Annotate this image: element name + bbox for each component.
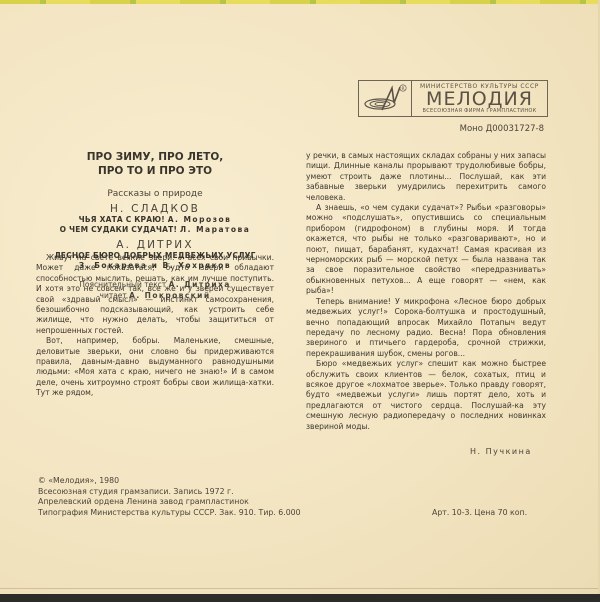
- liner-paragraph: А знаешь, «о чем судаки судачат»? Рыбьи …: [306, 203, 546, 297]
- sleeve-top-edge: [0, 0, 598, 4]
- author-ditrikh: А. ДИТРИХ: [36, 239, 274, 251]
- liner-paragraph: Теперь внимание! У микрофона «Лесное бюр…: [306, 297, 546, 359]
- album-title-line-1: ПРО ЗИМУ, ПРО ЛЕТО,: [36, 150, 274, 164]
- price-line: Арт. 10-3. Цена 70 коп.: [432, 508, 527, 517]
- imprint-block: © «Мелодия», 1980 Всесоюзная студия грам…: [38, 476, 301, 518]
- story-title: ЧЬЯ ХАТА С КРАЮ!: [79, 215, 165, 224]
- story-reader: Л. Маратова: [180, 225, 250, 234]
- story-title: О ЧЕМ СУДАКИ СУДАЧАТ!: [60, 225, 177, 234]
- scan-background: [0, 594, 600, 602]
- factory-line: Апрелевский ордена Ленина завод грамплас…: [38, 497, 301, 508]
- record-sleeve-back: R МИНИСТЕРСТВО КУЛЬТУРЫ СССР МЕЛОДИЯ ВСЕ…: [0, 0, 600, 594]
- story-reader: А. Морозов: [168, 215, 232, 224]
- publisher-tagline: ВСЕСОЮЗНАЯ ФИРМА ГРАМПЛАСТИНОК: [422, 108, 536, 115]
- story-credit: ЧЬЯ ХАТА С КРАЮ! А. Морозов: [36, 215, 274, 225]
- printer-line: Типография Министерства культуры СССР. З…: [38, 508, 301, 519]
- album-subtitle: Рассказы о природе: [36, 189, 274, 199]
- liner-paragraph: Бюро «медвежьих услуг» спешит как можно …: [306, 359, 546, 432]
- melodiya-record-logo-icon: R: [359, 81, 412, 116]
- author-sladkov: Н. СЛАДКОВ: [36, 203, 274, 215]
- studio-line: Всесоюзная студия грамзаписи. Запись 197…: [38, 487, 301, 498]
- liner-paragraph: у речки, в самых настоящих складах собра…: [306, 151, 546, 203]
- liner-notes-right: у речки, в самых настоящих складах собра…: [306, 151, 546, 432]
- album-title-line-2: ПРО ТО И ПРО ЭТО: [36, 164, 274, 178]
- svg-text:R: R: [402, 86, 405, 92]
- liner-paragraph: Вот, например, бобры. Маленькие, смешные…: [36, 336, 274, 398]
- liner-notes-left: Живут на свете всякие звери. У всех свои…: [36, 253, 274, 399]
- copyright-line: © «Мелодия», 1980: [38, 476, 301, 487]
- catalog-number: Моно Д00031727-8: [460, 124, 544, 134]
- story-credit: О ЧЕМ СУДАКИ СУДАЧАТ! Л. Маратова: [36, 225, 274, 235]
- melodiya-logo: R МИНИСТЕРСТВО КУЛЬТУРЫ СССР МЕЛОДИЯ ВСЕ…: [358, 80, 548, 117]
- notes-signature: Н. Пучкина: [470, 447, 532, 456]
- liner-paragraph: Живут на свете всякие звери. У всех свои…: [36, 253, 274, 336]
- publisher-name: МЕЛОДИЯ: [426, 90, 533, 108]
- sleeve-crease: [0, 588, 598, 589]
